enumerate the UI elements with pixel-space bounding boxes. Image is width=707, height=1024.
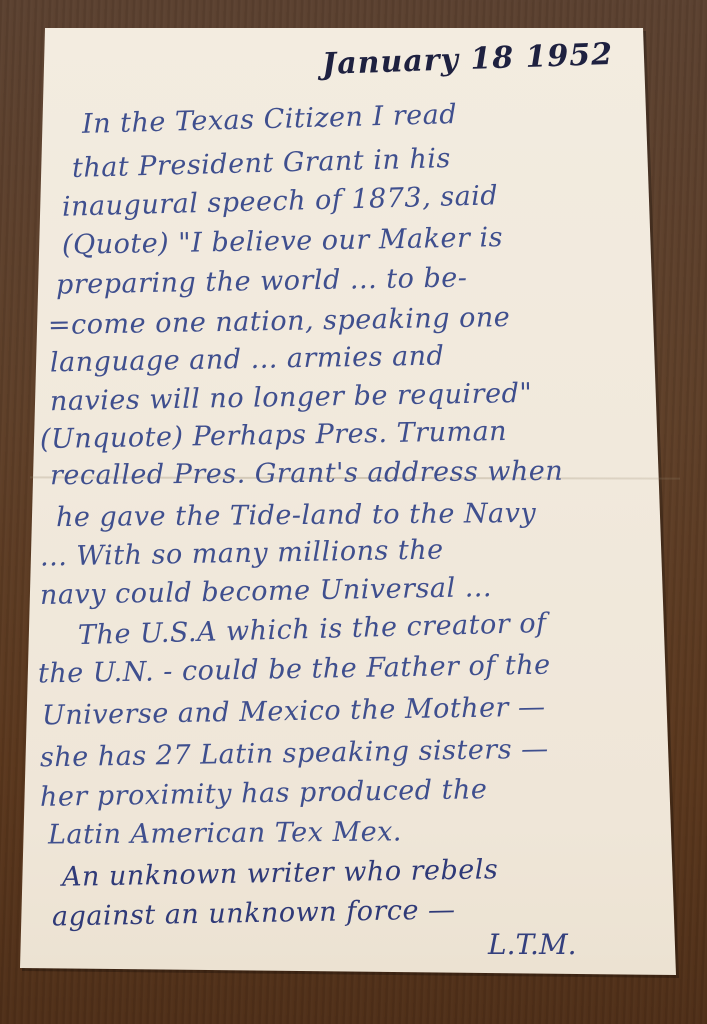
letter-line: he gave the Tide-land to the Navy [56,498,536,533]
letter-signature: L.T.M. [488,928,577,961]
letter-line: recalled Pres. Grant's address when [50,456,563,491]
letter-line: Latin American Tex Mex. [48,816,402,850]
